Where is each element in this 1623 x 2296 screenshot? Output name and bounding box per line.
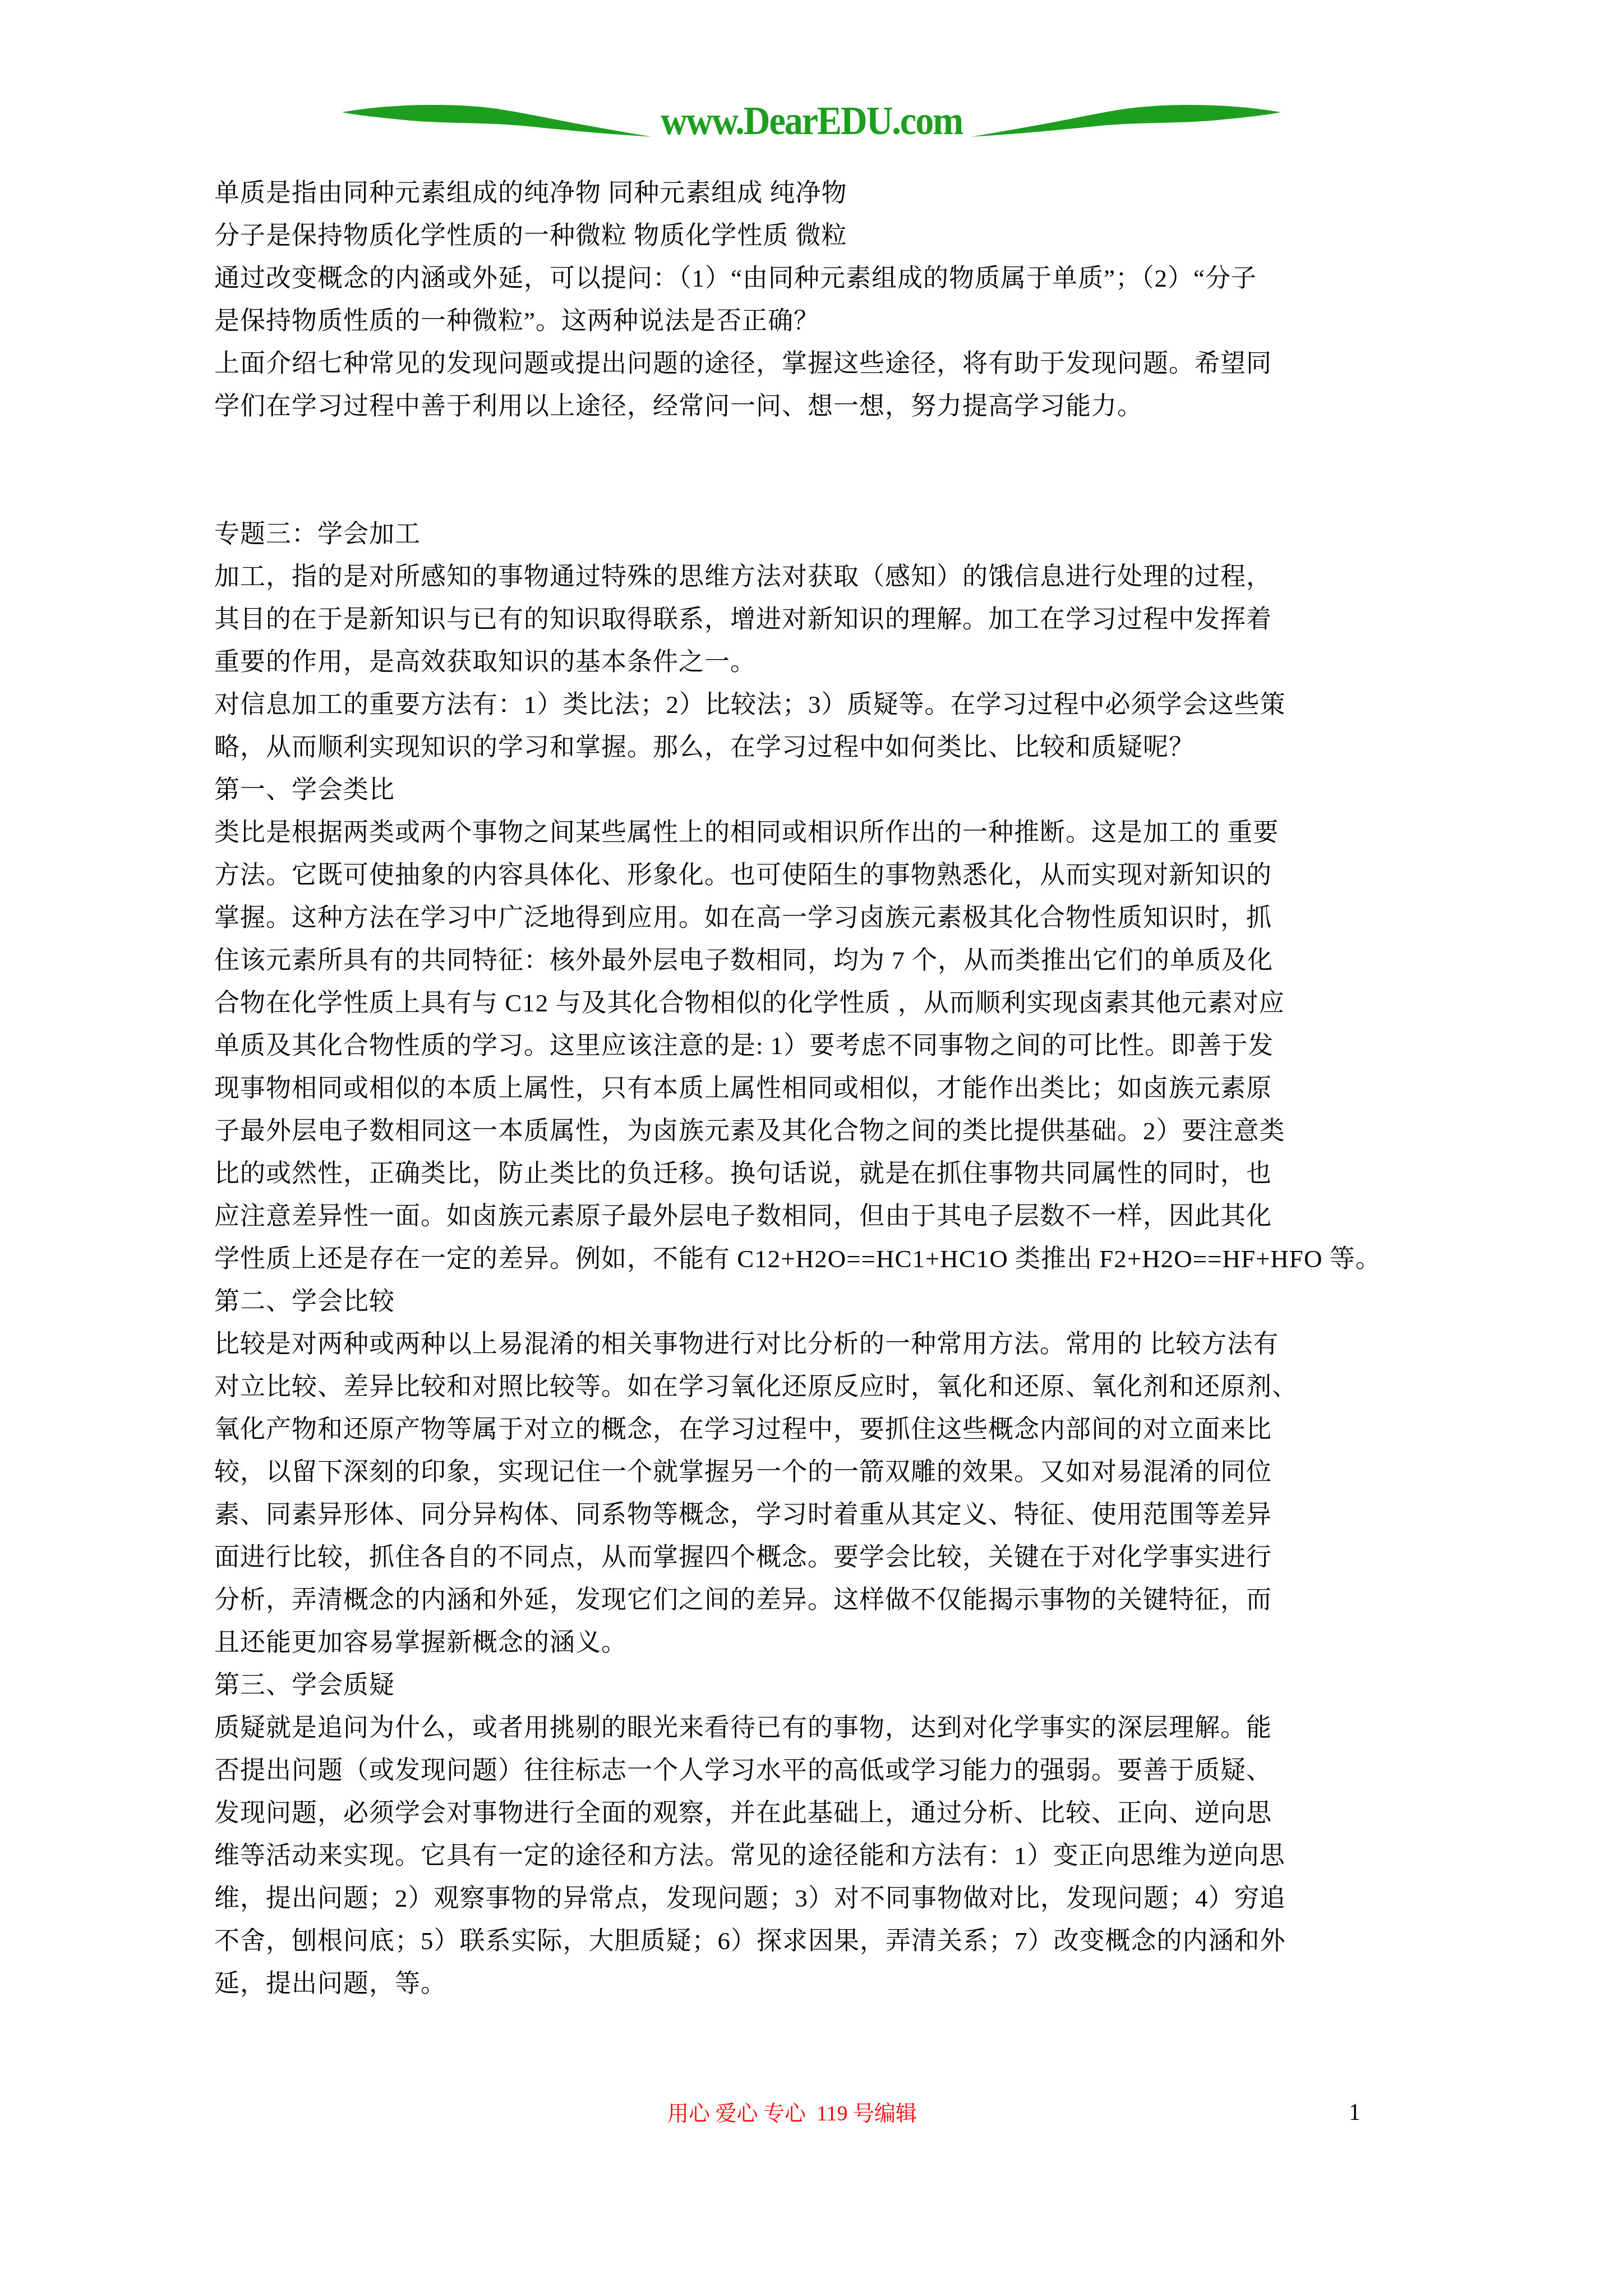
text-line: 是保持物质性质的一种微粒”。这两种说法是否正确？ xyxy=(214,300,1470,342)
text-line: 其目的在于是新知识与已有的知识取得联系，增进对新知识的理解。加工在学习过程中发挥… xyxy=(214,598,1470,641)
document-body: 单质是指由同种元素组成的纯净物 同种元素组成 纯净物分子是保持物质化学性质的一种… xyxy=(214,172,1470,2005)
text-line xyxy=(214,470,1470,513)
text-line: 第三、学会质疑 xyxy=(214,1664,1470,1706)
text-line: 类比是根据两类或两个事物之间某些属性上的相同或相识所作出的一种推断。这是加工的 … xyxy=(214,811,1470,854)
text-line: 对信息加工的重要方法有：1）类比法；2）比较法；3）质疑等。在学习过程中必须学会… xyxy=(214,683,1470,726)
text-line: 比较是对两种或两种以上易混淆的相关事物进行对比分析的一种常用方法。常用的 比较方… xyxy=(214,1323,1470,1365)
text-line: 略，从而顺利实现知识的学习和掌握。那么，在学习过程中如何类比、比较和质疑呢？ xyxy=(214,726,1470,769)
text-line: 第二、学会比较 xyxy=(214,1280,1470,1323)
logo-text: www.DearEDU.com xyxy=(661,98,962,144)
text-line: 方法。它既可使抽象的内容具体化、形象化。也可使陌生的事物熟悉化，从而实现对新知识… xyxy=(214,854,1470,896)
site-logo: www.DearEDU.com xyxy=(0,100,1623,142)
text-line: 质疑就是追问为什么，或者用挑剔的眼光来看待已有的事物，达到对化学事实的深层理解。… xyxy=(214,1706,1470,1749)
text-line: 掌握。这种方法在学习中广泛地得到应用。如在高一学习卤族元素极其化合物性质知识时，… xyxy=(214,896,1470,939)
text-line: 分析，弄清概念的内涵和外延，发现它们之间的差异。这样做不仅能揭示事物的关键特征，… xyxy=(214,1579,1470,1621)
text-line: 重要的作用，是高效获取知识的基本条件之一。 xyxy=(214,641,1470,683)
text-line: 加工，指的是对所感知的事物通过特殊的思维方法对获取（感知）的饿信息进行处理的过程… xyxy=(214,555,1470,598)
text-line: 比的或然性，正确类比，防止类比的负迁移。换句话说，就是在抓住事物共同属性的同时，… xyxy=(214,1152,1470,1195)
text-line: 且还能更加容易掌握新概念的涵义。 xyxy=(214,1621,1470,1664)
text-line: 素、同素异形体、同分异构体、同系物等概念，学习时着重从其定义、特征、使用范围等差… xyxy=(214,1493,1470,1536)
text-line xyxy=(214,427,1470,470)
text-line: 第一、学会类比 xyxy=(214,769,1470,811)
text-line: 现事物相同或相似的本质上属性，只有本质上属性相同或相似，才能作出类比；如卤族元素… xyxy=(214,1067,1470,1110)
logo-left-swoosh-icon xyxy=(341,103,653,139)
text-line: 单质是指由同种元素组成的纯净物 同种元素组成 纯净物 xyxy=(214,172,1470,214)
footer-editor-note: 用心 爱心 专心 119 号编辑 xyxy=(667,2100,917,2127)
text-line: 不舍，刨根问底；5）联系实际，大胆质疑；6）探求因果，弄清关系；7）改变概念的内… xyxy=(214,1920,1470,1962)
text-line: 延，提出问题，等。 xyxy=(214,1962,1470,2005)
text-line: 否提出问题（或发现问题）往往标志一个人学习水平的高低或学习能力的强弱。要善于质疑… xyxy=(214,1749,1470,1792)
text-line: 较，以留下深刻的印象，实现记住一个就掌握另一个的一箭双雕的效果。又如对易混淆的同… xyxy=(214,1451,1470,1493)
text-line: 维，提出问题；2）观察事物的异常点，发现问题；3）对不同事物做对比，发现问题；4… xyxy=(214,1877,1470,1920)
text-line: 发现问题，必须学会对事物进行全面的观察，并在此基础上，通过分析、比较、正向、逆向… xyxy=(214,1792,1470,1834)
text-line: 上面介绍七种常见的发现问题或提出问题的途径，掌握这些途径，将有助于发现问题。希望… xyxy=(214,342,1470,385)
text-line: 氧化产物和还原产物等属于对立的概念，在学习过程中，要抓住这些概念内部间的对立面来… xyxy=(214,1408,1470,1451)
text-line: 学性质上还是存在一定的差异。例如，不能有 C12+H2O==HC1+HC1O 类… xyxy=(214,1237,1470,1280)
document-page: www.DearEDU.com 单质是指由同种元素组成的纯净物 同种元素组成 纯… xyxy=(0,0,1623,2296)
text-line: 住该元素所具有的共同特征：核外最外层电子数相同，均为 7 个，从而类推出它们的单… xyxy=(214,939,1470,982)
page-number: 1 xyxy=(1349,2098,1361,2127)
text-line: 面进行比较，抓住各自的不同点，从而掌握四个概念。要学会比较，关键在于对化学事实进… xyxy=(214,1536,1470,1579)
text-line: 对立比较、差异比较和对照比较等。如在学习氧化还原反应时，氧化和还原、氧化剂和还原… xyxy=(214,1365,1470,1408)
text-line: 子最外层电子数相同这一本质属性，为卤族元素及其化合物之间的类比提供基础。2）要注… xyxy=(214,1110,1470,1152)
text-line: 维等活动来实现。它具有一定的途径和方法。常见的途径能和方法有：1）变正向思维为逆… xyxy=(214,1834,1470,1877)
text-line: 专题三：学会加工 xyxy=(214,513,1470,555)
text-line: 学们在学习过程中善于利用以上途径，经常问一问、想一想，努力提高学习能力。 xyxy=(214,385,1470,427)
text-line: 合物在化学性质上具有与 C12 与及其化合物相似的化学性质 ，从而顺利实现卤素其… xyxy=(214,982,1470,1024)
logo-right-swoosh-icon xyxy=(970,103,1282,139)
text-line: 单质及其化合物性质的学习。这里应该注意的是: 1）要考虑不同事物之间的可比性。即… xyxy=(214,1024,1470,1067)
text-line: 分子是保持物质化学性质的一种微粒 物质化学性质 微粒 xyxy=(214,214,1470,257)
text-line: 通过改变概念的内涵或外延，可以提问：（1）“由同种元素组成的物质属于单质”；（2… xyxy=(214,257,1470,300)
text-line: 应注意差异性一面。如卤族元素原子最外层电子数相同，但由于其电子层数不一样，因此其… xyxy=(214,1195,1470,1237)
